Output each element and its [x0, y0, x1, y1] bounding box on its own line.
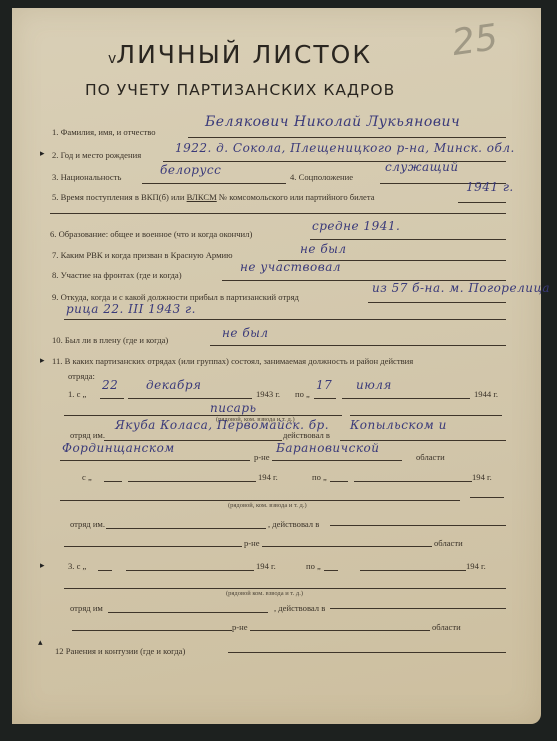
margin-mark: ▸ [40, 355, 45, 366]
entry-2-district-line [64, 546, 242, 547]
entry-1-position[interactable]: писарь [210, 401, 257, 415]
entry-2-unit-line [106, 528, 266, 529]
entry-2-to-day-line [330, 481, 348, 482]
entry-1-to-label: по „ [295, 389, 310, 399]
entry-2-region-label: области [434, 538, 463, 548]
entry-3-to-label: по „ [306, 561, 321, 571]
entry-3-acted-line [330, 608, 506, 609]
field-5-label-a: 5. Время поступления в ВКП(б) или [52, 192, 187, 202]
field-9-line [368, 302, 506, 303]
entry-3-year-from: 194 г. [256, 561, 276, 571]
field-5-label-c: № комсомольского или партийного билета [217, 192, 375, 202]
field-9-value[interactable]: из 57 б-на. м. Погорелица [372, 281, 550, 295]
field-7-value[interactable]: не был [300, 242, 347, 256]
field-8-value[interactable]: не участвовал [240, 260, 341, 274]
entry-3-num: 3. с „ [68, 561, 86, 571]
page-number: 25 [449, 17, 500, 64]
entry-3-region-line [250, 630, 430, 631]
field-3-value[interactable]: белорусс [160, 163, 221, 177]
entry-1-month[interactable]: декабря [146, 378, 201, 392]
field-1-line [188, 137, 506, 138]
entry-1-district-label: р-не [254, 452, 270, 462]
field-10-line [210, 345, 506, 346]
field-10-value[interactable]: не был [222, 326, 269, 340]
field-12-label: 12 Ранения и контузии (где и когда) [55, 646, 185, 656]
entry-2-month-line [128, 481, 256, 482]
entry-1-to-day[interactable]: 17 [316, 378, 332, 392]
field-1-label: 1. Фамилия, имя, и отчество [52, 127, 156, 137]
field-5-line [458, 202, 506, 203]
field-9-value-cont[interactable]: рица 22. III 1943 г. [66, 302, 196, 316]
entry-3-district-label: р-не [232, 622, 248, 632]
entry-1-num: 1. с „ [68, 389, 86, 399]
field-5-extra-line [50, 213, 506, 214]
entry-1-acted-value[interactable]: Копыльском и [350, 418, 447, 432]
entry-1-position-line [64, 415, 342, 416]
entry-1-month-line [128, 398, 252, 399]
entry-1-district-value[interactable]: Фординщанском [62, 441, 175, 455]
margin-mark: ▸ [40, 560, 45, 571]
entry-3-acted-label: , действовал в [274, 603, 325, 613]
entry-3-region-label: области [432, 622, 461, 632]
field-3-line [142, 183, 286, 184]
entry-1-to-month[interactable]: июля [356, 378, 392, 392]
field-2-label: 2. Год и место рождения [52, 150, 141, 160]
document-title: vЛИЧНЫЙ ЛИСТОК [108, 40, 372, 69]
entry-3-month-line [126, 570, 254, 571]
entry-1-year-from: 1943 г. [256, 389, 280, 399]
entry-2-acted-line [330, 525, 506, 526]
field-5-label: 5. Время поступления в ВКП(б) или ВЛКСМ … [52, 192, 375, 202]
field-5-label-vlksm: ВЛКСМ [187, 192, 217, 202]
field-8-label: 8. Участие на фронтах (где и когда) [52, 270, 182, 280]
entry-3-position-line [64, 588, 506, 589]
entry-1-to-day-line [314, 398, 336, 399]
entry-2-position-line-2 [470, 497, 504, 498]
entry-2-to-month-line [354, 481, 472, 482]
entry-2-acted-label: , действовал в [268, 519, 319, 529]
field-9-cont-line [64, 319, 506, 320]
document-subtitle: ПО УЧЕТУ ПАРТИЗАНСКИХ КАДРОВ [85, 81, 395, 99]
entry-3-district-line [72, 630, 232, 631]
field-3-label: 3. Национальность [52, 172, 121, 182]
entry-1-to-month-line [342, 398, 470, 399]
field-9-label: 9. Откуда, когда и с какой должности при… [52, 292, 299, 302]
field-6-value[interactable]: средне 1941. [312, 219, 400, 233]
entry-2-year-to: 194 г. [472, 472, 492, 482]
field-6-line [310, 239, 506, 240]
title-text: ЛИЧНЫЙ ЛИСТОК [116, 40, 372, 69]
field-12-line [228, 652, 506, 653]
field-1-value[interactable]: Белякович Николай Лукьянович [205, 114, 460, 130]
entry-1-unit-label: отряд им. [70, 430, 105, 440]
field-11-label: 11. В каких партизанских отрядах (или гр… [52, 356, 413, 366]
field-4-label: 4. Соцположение [290, 172, 353, 182]
entry-2-num: с „ [82, 472, 92, 482]
margin-mark: ▴ [38, 637, 43, 648]
entry-1-position-line-2 [350, 415, 502, 416]
entry-3-to-month-line [360, 570, 466, 571]
entry-2-district-label: р-не [244, 538, 260, 548]
entry-1-day-line [100, 398, 124, 399]
entry-1-region-line [272, 460, 402, 461]
entry-2-position-line [60, 500, 460, 501]
entry-2-position-hint: (рядовой, ком. взвода и т. д.) [228, 502, 307, 509]
entry-2-day-line [104, 481, 122, 482]
entry-3-position-hint: (рядовой ком. взвода и т. д.) [226, 590, 303, 597]
field-6-label: 6. Образование: общее и военное (что и к… [50, 229, 252, 239]
entry-3-year-to: 194 г. [466, 561, 486, 571]
field-2-value[interactable]: 1922. д. Сокола, Плещеницкого р-на, Минс… [175, 141, 515, 155]
entry-1-year-to: 1944 г. [474, 389, 498, 399]
entry-1-acted-label: действовал в [283, 430, 330, 440]
entry-2-region-line [262, 546, 432, 547]
entry-1-district-line [60, 460, 250, 461]
field-4-value[interactable]: служащий [385, 160, 459, 174]
field-10-label: 10. Был ли в плену (где и когда) [52, 335, 168, 345]
field-7-label: 7. Каким РВК и когда призван в Красную А… [52, 250, 233, 260]
entry-3-unit-line [108, 612, 268, 613]
entry-2-to-label: по „ [312, 472, 327, 482]
entry-3-unit-label: отряд им [70, 603, 103, 613]
entry-2-year-from: 194 г. [258, 472, 278, 482]
entry-3-to-day-line [324, 570, 338, 571]
entry-1-day[interactable]: 22 [102, 378, 118, 392]
field-11-label-cont: отряда: [68, 371, 95, 381]
entry-1-region-value[interactable]: Барановичской [276, 441, 379, 455]
entry-3-day-line [98, 570, 112, 571]
margin-mark: ▸ [40, 148, 45, 159]
entry-2-unit-label: отряд им. [70, 519, 105, 529]
field-5-value[interactable]: 1941 г. [466, 180, 514, 194]
entry-1-region-label: области [416, 452, 445, 462]
